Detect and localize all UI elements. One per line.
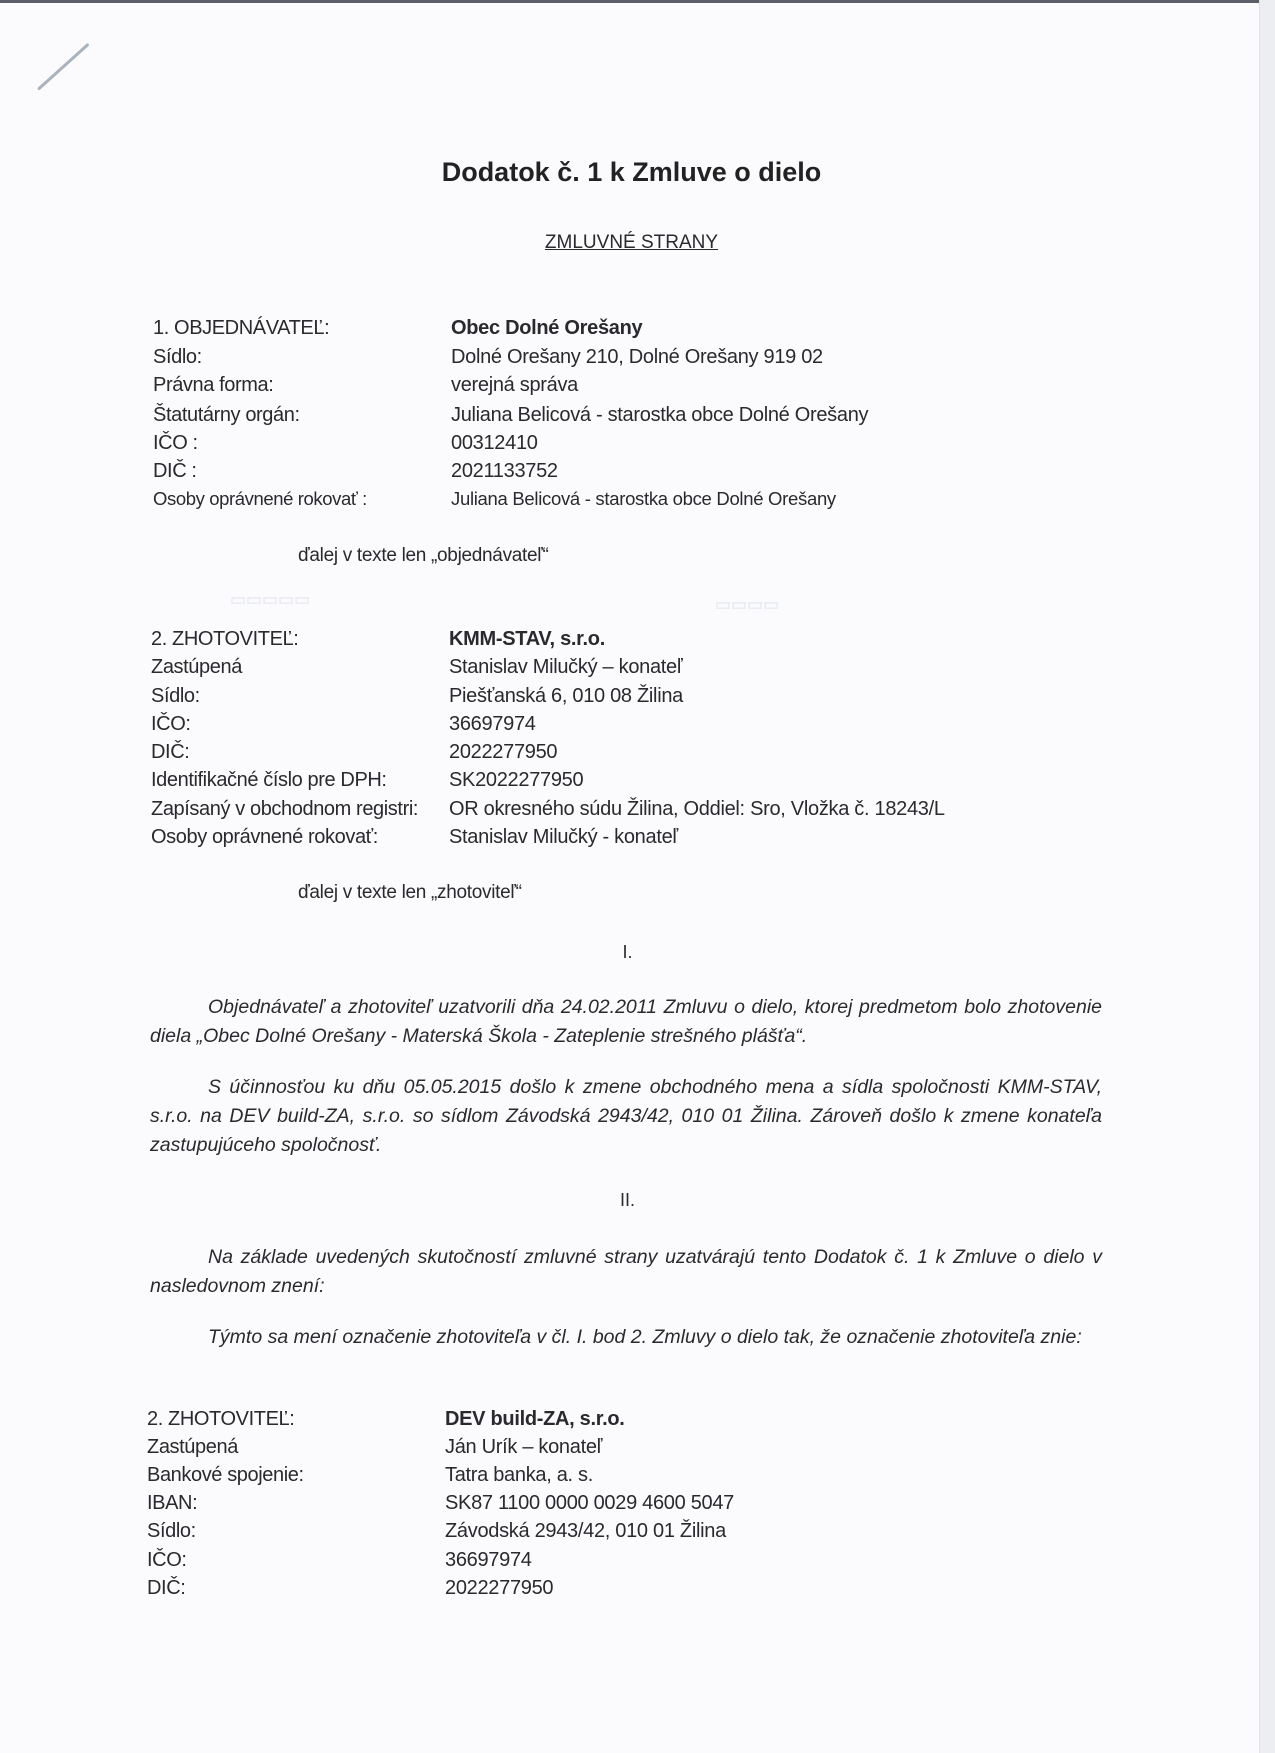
field-value: Stanislav Milučký - konateľ [449,823,678,851]
field-label: Zastúpená [147,1433,238,1461]
party2-name: KMM-STAV, s.r.o. [449,625,605,653]
field-value: Dolné Orešany 210, Dolné Orešany 919 02 [451,343,823,371]
party2-alias-note: ďalej v texte len „zhotoviteľ“ [298,882,522,904]
pen-mark-icon [37,43,90,91]
field-label: DIČ : [153,457,197,485]
section1-paragraph: S účinnosťou ku dňu 05.05.2015 došlo k z… [150,1073,1102,1160]
field-value: 2022277950 [445,1574,553,1602]
field-label: Právna forma: [153,371,273,399]
party1-name: Obec Dolné Orešany [451,314,642,342]
bleed-through-mark: ▭▭▭▭▭ [230,590,310,610]
field-label: Identifikačné číslo pre DPH: [151,766,387,794]
party2-heading: 2. ZHOTOVITEĽ: [151,625,298,653]
field-label: IČO: [151,710,191,738]
party2-new-name: DEV build-ZA, s.r.o. [445,1405,625,1433]
bleed-through-mark: ▭▭▭▭ [715,595,779,615]
paragraph-text: Objednávateľ a zhotoviteľ uzatvorili dňa… [150,996,1102,1047]
paragraph-text: Na základe uvedených skutočností zmluvné… [150,1246,1102,1297]
party1-alias-note: ďalej v texte len „objednávateľ“ [298,545,549,567]
field-label: IČO : [153,429,198,457]
paragraph-text: S účinnosťou ku dňu 05.05.2015 došlo k z… [150,1076,1102,1156]
scan-top-edge [0,0,1275,3]
section-numeral-2: II. [0,1190,1255,1211]
section-numeral-1: I. [0,942,1255,963]
field-label: IČO: [147,1546,187,1574]
field-value: 36697974 [445,1546,532,1574]
field-label: Zapísaný v obchodnom registri: [151,795,418,823]
section-subtitle: ZMLUVNÉ STRANY [0,232,1263,254]
section1-paragraph: Objednávateľ a zhotoviteľ uzatvorili dňa… [150,993,1102,1051]
field-value: OR okresného súdu Žilina, Oddiel: Sro, V… [449,795,945,823]
field-label: Osoby oprávnené rokovať : [153,485,367,513]
field-value: SK2022277950 [449,766,583,794]
field-label: Sídlo: [153,343,202,371]
field-value: Ján Urík – konateľ [445,1433,602,1461]
party2-new-heading: 2. ZHOTOVITEĽ: [147,1405,294,1433]
field-value: 2022277950 [449,738,557,766]
field-label: Sídlo: [147,1517,196,1545]
scan-right-edge [1259,0,1275,1753]
party1-heading: 1. OBJEDNÁVATEĽ: [153,314,329,342]
field-value: Závodská 2943/42, 010 01 Žilina [445,1517,726,1545]
field-label: Bankové spojenie: [147,1461,304,1489]
field-value: 2021133752 [451,457,558,485]
paragraph-text: Týmto sa mení označenie zhotoviteľa v čl… [208,1326,1082,1348]
field-label: DIČ: [147,1574,185,1602]
field-value: Juliana Belicová - starostka obce Dolné … [451,485,836,513]
field-label: Sídlo: [151,682,200,710]
field-value: Tatra banka, a. s. [445,1461,593,1489]
field-value: verejná správa [451,371,578,399]
field-label: Štatutárny orgán: [153,401,300,429]
document-title: Dodatok č. 1 k Zmluve o dielo [0,157,1263,188]
field-value: 36697974 [449,710,536,738]
field-value: Piešťanská 6, 010 08 Žilina [449,682,683,710]
field-value: 00312410 [451,429,538,457]
field-value: Stanislav Milučký – konateľ [449,653,682,681]
section2-paragraph: Na základe uvedených skutočností zmluvné… [150,1243,1102,1301]
field-label: Zastúpená [151,653,242,681]
field-label: IBAN: [147,1489,197,1517]
section2-paragraph: Týmto sa mení označenie zhotoviteľa v čl… [150,1323,1102,1352]
field-value: Juliana Belicová - starostka obce Dolné … [451,401,868,429]
field-label: DIČ: [151,738,189,766]
field-label: Osoby oprávnené rokovať: [151,823,378,851]
field-value: SK87 1100 0000 0029 4600 5047 [445,1489,734,1517]
